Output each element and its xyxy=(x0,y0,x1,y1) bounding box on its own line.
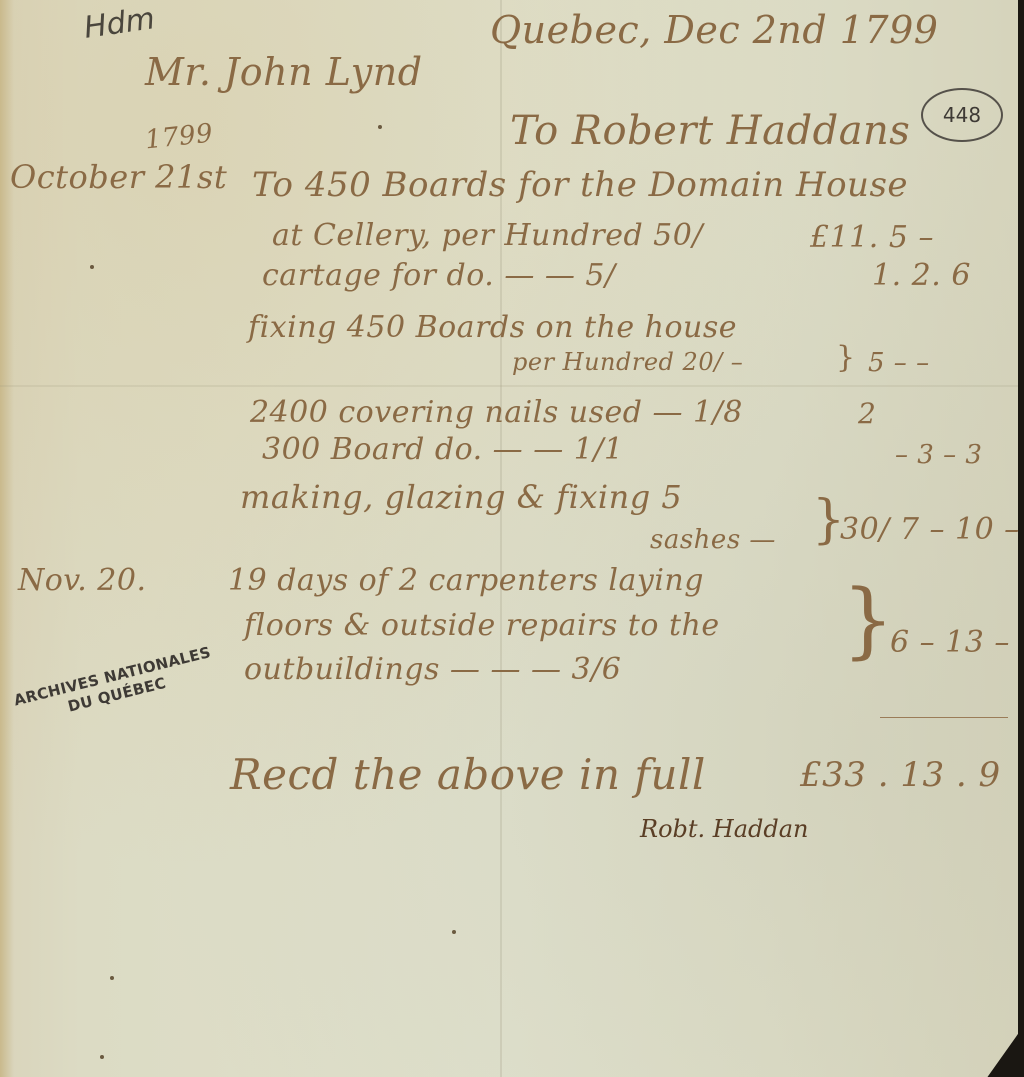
entry-line: To 450 Boards for the Domain House xyxy=(252,165,908,205)
creditor-line: To Robert Haddans xyxy=(510,108,910,154)
document-page: Hdm Quebec, Dec 2nd 1799 Mr. John Lynd 4… xyxy=(0,0,1018,1077)
entry-line: cartage for do. — — 5/ xyxy=(262,258,616,293)
folio-number: 448 xyxy=(943,103,981,127)
entry-date: Nov. 20. xyxy=(18,563,146,598)
total-rule xyxy=(880,717,1008,718)
entry-amount: 1. 2. 6 xyxy=(872,258,971,293)
entry-line: making, glazing & fixing 5 xyxy=(240,478,682,516)
entry-line: 2400 covering nails used — 1/8 xyxy=(250,395,743,430)
brace: } xyxy=(842,580,894,662)
paper-speck xyxy=(378,125,382,129)
archive-stamp: ARCHIVES NATIONALES DU QUÉBEC xyxy=(12,643,217,729)
signature: Robt. Haddan xyxy=(640,815,809,843)
entry-line: outbuildings — — — 3/6 xyxy=(244,652,621,687)
entry-date: October 21st xyxy=(10,158,227,196)
entry-line: fixing 450 Boards on the house xyxy=(248,310,737,345)
addressee: Mr. John Lynd xyxy=(145,50,423,94)
entry-line: floors & outside repairs to the xyxy=(244,608,720,643)
entry-line: per Hundred 20/ – xyxy=(512,348,743,376)
paper-speck xyxy=(110,976,114,980)
place-date: Quebec, Dec 2nd 1799 xyxy=(490,8,938,52)
entry-amount: 6 – 13 – xyxy=(890,625,1010,660)
entry-amount: – 3 – 3 xyxy=(895,440,982,470)
entry-line: sashes — xyxy=(650,525,776,555)
archive-pencil-mark: Hdm xyxy=(82,1,157,46)
entry-amount: 30/ 7 – 10 – xyxy=(840,512,1020,547)
brace: } xyxy=(836,340,855,375)
paper-fold-horizontal xyxy=(0,385,1018,387)
entry-amount: 5 – – xyxy=(868,348,930,378)
entry-sub-amount: 2 xyxy=(858,397,876,430)
entry-line: 300 Board do. — — 1/1 xyxy=(262,432,624,467)
paper-speck xyxy=(90,265,94,269)
entry-line: 19 days of 2 carpenters laying xyxy=(228,563,704,598)
entry-amount: £11. 5 – xyxy=(810,220,934,255)
total-amount: £33 . 13 . 9 xyxy=(800,755,1001,795)
folio-number-circle: 448 xyxy=(921,88,1003,142)
entry-line: at Cellery, per Hundred 50/ xyxy=(272,218,703,253)
paper-speck xyxy=(452,930,456,934)
paper-fold-vertical xyxy=(500,0,502,1077)
year-margin: 1799 xyxy=(144,119,215,156)
paper-speck xyxy=(100,1055,104,1059)
receipt-line: Recd the above in full xyxy=(230,750,706,799)
